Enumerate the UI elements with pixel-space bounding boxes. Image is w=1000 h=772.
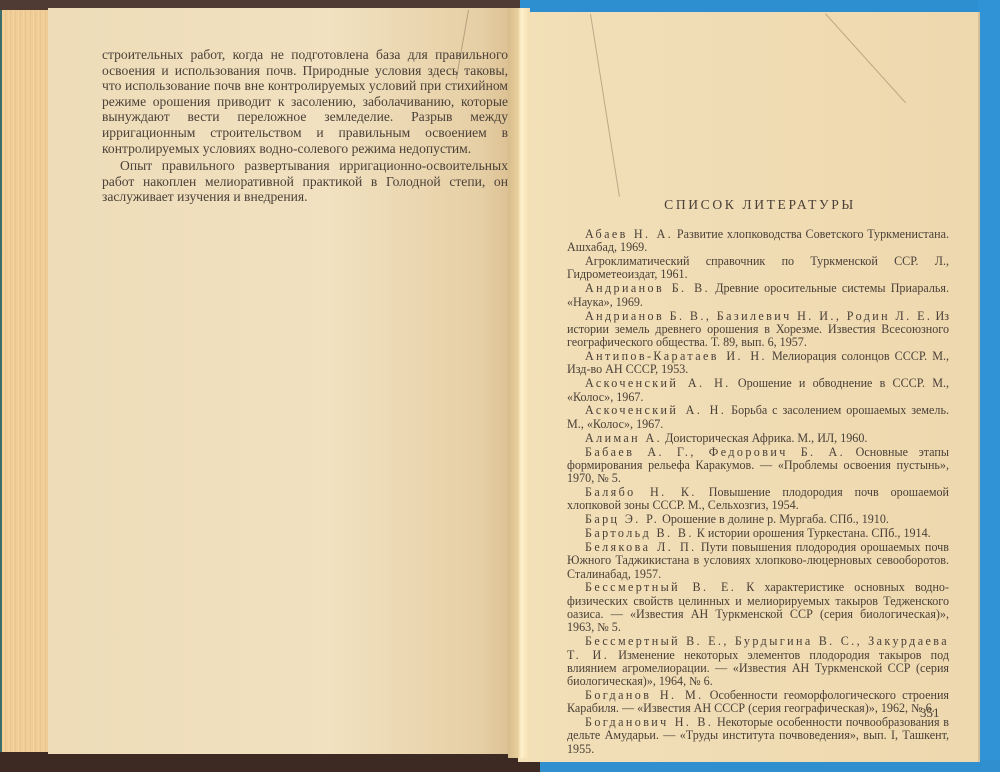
entry-author: Андрианов Б. В., Базилевич Н. И., Родин … bbox=[585, 309, 932, 323]
entry-text: Изменение некоторых элементов плодородия… bbox=[567, 648, 949, 689]
bibliography-entry: Андрианов Б. В., Базилевич Н. И., Родин … bbox=[567, 310, 949, 350]
bibliography-entry: Антипов-Каратаев И. Н. Мелиорация солонц… bbox=[567, 350, 949, 377]
bibliography-entry: Аскоченский А. Н. Борьба с засолением ор… bbox=[567, 404, 949, 431]
entry-author: Абаев Н. А. bbox=[585, 227, 673, 241]
bibliography-entry: Бартольд В. В. К истории орошения Туркес… bbox=[567, 527, 949, 540]
bibliography-entry: Абаев Н. А. Развитие хлопководства Совет… bbox=[567, 228, 949, 255]
entry-text: К истории орошения Туркестана. СПб., 191… bbox=[694, 526, 931, 540]
bibliography-entry: Агроклиматический справочник по Туркменс… bbox=[567, 255, 949, 282]
book-gutter bbox=[508, 8, 530, 758]
bibliography-entry: Андрианов Б. В. Древние оросительные сис… bbox=[567, 282, 949, 309]
entry-author: Бабаев А. Г., Федорович Б. А. bbox=[585, 445, 845, 459]
entry-author: Бартольд В. В. bbox=[585, 526, 694, 540]
bibliography-entry: Барц Э. Р. Орошение в долине р. Мургаба.… bbox=[567, 513, 949, 526]
bibliography-entry: Бессмертный В. Е., Бурдыгина В. С., Заку… bbox=[567, 635, 949, 688]
background-bottom-left bbox=[0, 752, 540, 772]
page-number: 351 bbox=[920, 705, 940, 721]
bibliography-entry: Аскоченский А. Н. Орошение и обводнение … bbox=[567, 377, 949, 404]
bibliography-heading: СПИСОК ЛИТЕРАТУРЫ bbox=[560, 197, 960, 213]
bibliography-entry: Балябо Н. К. Повышение плодородия почв о… bbox=[567, 486, 949, 513]
paragraph: строительных работ, когда не подготовлен… bbox=[102, 47, 508, 156]
entry-author: Аскоченский А. Н. bbox=[585, 403, 726, 417]
bibliography-entry: Богданов Н. М. Особенности геоморфологич… bbox=[567, 689, 949, 716]
entry-author: Бессмертный В. Е. bbox=[585, 580, 736, 594]
page-edges-stack bbox=[0, 10, 54, 752]
entry-author: Аскоченский А. Н. bbox=[585, 376, 731, 390]
entry-author: Антипов-Каратаев И. Н. bbox=[585, 349, 767, 363]
bibliography-entry: Бессмертный В. Е. К характеристике основ… bbox=[567, 581, 949, 634]
entry-text: Агроклиматический справочник по Туркменс… bbox=[567, 254, 949, 281]
bibliography-entry: Богданович Н. В. Некоторые особенности п… bbox=[567, 716, 949, 756]
entry-author: Барц Э. Р. bbox=[585, 512, 659, 526]
entry-author: Богданович Н. В. bbox=[585, 715, 713, 729]
entry-author: Белякова Л. П. bbox=[585, 540, 697, 554]
entry-author: Балябо Н. К. bbox=[585, 485, 697, 499]
left-page-text: строительных работ, когда не подготовлен… bbox=[102, 47, 508, 205]
bibliography-list: Абаев Н. А. Развитие хлопководства Совет… bbox=[567, 228, 949, 757]
bibliography-entry: Белякова Л. П. Пути повышения плодородия… bbox=[567, 541, 949, 581]
paragraph: Опыт правильного развертывания ирригацио… bbox=[102, 158, 508, 205]
bibliography-entry: Бабаев А. Г., Федорович Б. А. Основные э… bbox=[567, 446, 949, 486]
entry-author: Андрианов Б. В. bbox=[585, 281, 710, 295]
entry-author: Богданов Н. М. bbox=[585, 688, 704, 702]
bibliography-entry: Алиман А. Доисторическая Африка. М., ИЛ,… bbox=[567, 432, 949, 445]
cover-right-edge bbox=[978, 0, 1000, 772]
entry-author: Алиман А. bbox=[585, 431, 662, 445]
entry-text: Орошение в долине р. Мургаба. СПб., 1910… bbox=[659, 512, 889, 526]
entry-text: Доисторическая Африка. М., ИЛ, 1960. bbox=[662, 431, 867, 445]
